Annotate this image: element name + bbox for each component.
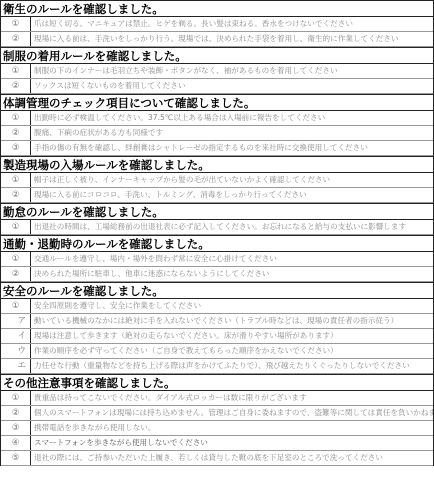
rule-text: 動いている機械のなかには絶対に手を入れないでください（トラブル時などは、現場の責… [31, 314, 433, 328]
rule-row: ②個人のスマートフォンは現場には持ち込めません。管理はご自身に委ねますので、盗難… [1, 406, 433, 421]
section-header: 通勤・退勤時のルールを確認しました。 [1, 235, 433, 252]
section-header: 制服の着用ルールを確認しました。 [1, 47, 433, 64]
rule-row: ①爪は短く切る。マニキュアは禁止。ヒゲを剃る。長い髪は束ねる。香水をつけないでく… [1, 17, 433, 32]
item-number: ① [1, 391, 31, 405]
rule-row: ②決められた場所に駐車し、他車に迷惑にならないようにしてください [1, 267, 433, 282]
rule-text: ソックスは短くないものを着用してください [31, 79, 433, 93]
section-header: 衛生のルールを確認しました。 [1, 0, 433, 17]
rule-text: 作業の順序を必ず守ってください（ご自身で教えてもらった順序をかえないでください） [31, 344, 433, 358]
rule-text: 現場は注意して歩きます（絶対の走らないでください。床が滑りやすい場所があります） [31, 329, 433, 343]
item-number: ① [1, 220, 31, 234]
rule-text: 現場に入る前にコロコロ、手洗い、トルミング、消毒をしっかり行ってください [31, 188, 433, 202]
rule-row: ①出退社の時間は、工場総務前の出退社表に必ず記入してください。お忘れになると給与… [1, 220, 433, 235]
item-number: イ [1, 329, 31, 343]
item-number: ア [1, 314, 31, 328]
rule-row: エ力任せな行動（重量物などを持ち上げる際は声をかけてふたりで）、飛び越えたりくぐ… [1, 359, 433, 374]
rule-text: 個人のスマートフォンは現場には持ち込めません。管理はご自身に委ねますので、盗難等… [31, 406, 433, 420]
item-number: ① [1, 299, 31, 313]
rule-row: イ現場は注意して歩きます（絶対の走らないでください。床が滑りやすい場所があります… [1, 329, 433, 344]
item-number: ② [1, 79, 31, 93]
rule-text: 交通ルールを遵守し、場内・場外を問わず常に安全に心掛けてください [31, 252, 433, 266]
rule-row: ①制服の下のインナーは毛羽立ちや装飾・ボタンがなく、袖があるものを着用してくださ… [1, 64, 433, 79]
item-number: ② [1, 32, 31, 46]
item-number: ① [1, 64, 31, 78]
rule-text: 出勤時に必ず検温してください。37.5℃以上ある場合は入場前に報告をしてください [31, 111, 433, 125]
item-number: ② [1, 267, 31, 281]
rule-text: 安全四原則を遵守し、安全に作業をしてください [31, 299, 433, 313]
rule-row: ①出勤時に必ず検温してください。37.5℃以上ある場合は入場前に報告をしてくださ… [1, 111, 433, 126]
rule-text: 力任せな行動（重量物などを持ち上げる際は声をかけてふたりで）、飛び越えたりくぐっ… [31, 359, 433, 373]
item-number: ② [1, 188, 31, 202]
rule-row: ア動いている機械のなかには絶対に手を入れないでください（トラブル時などは、現場の… [1, 314, 433, 329]
rule-text: 決められた場所に駐車し、他車に迷惑にならないようにしてください [31, 267, 433, 281]
item-number: ③ [1, 141, 31, 155]
rule-text: 退社の際には、ご持参いただいた上履き、若しくは貸与した靴の底を下足室のところで洗… [31, 451, 433, 465]
rule-text: 手指の傷の有無を確認し、絆創膏はシャトレーゼの指定するものを来社時に交換使用して… [31, 141, 433, 155]
rule-row: ④スマートフォンを歩きながら使用しないでください [1, 436, 433, 451]
item-number: ウ [1, 344, 31, 358]
rule-text: 帽子は正しく被り、インナーキャップから髪の毛が出ていないかよく確認してください [31, 173, 433, 187]
rule-row: ①貴重品は持ってこないでください。ダイアル式ロッカーは数に限りがございます [1, 391, 433, 406]
rule-row: ③手指の傷の有無を確認し、絆創膏はシャトレーゼの指定するものを来社時に交換使用し… [1, 141, 433, 156]
rule-row: ③携帯電話を歩きながら使用しない。 [1, 421, 433, 436]
rule-row: ②ソックスは短くないものを着用してください [1, 79, 433, 94]
item-number: ① [1, 173, 31, 187]
item-number: ③ [1, 421, 31, 435]
rule-text: 現場に入る前は、手洗いをしっかり行う。現場では、決められた手袋を着用し、衛生的に… [31, 32, 433, 46]
rule-row: ⑤退社の際には、ご持参いただいた上履き、若しくは貸与した靴の底を下足室のところで… [1, 451, 433, 466]
rule-text: スマートフォンを歩きながら使用しないでください [31, 436, 433, 450]
rule-text: 携帯電話を歩きながら使用しない。 [31, 421, 433, 435]
confirmation-sheet: 衛生のルールを確認しました。①爪は短く切る。マニキュアは禁止。ヒゲを剃る。長い髪… [0, 0, 434, 466]
rule-text: 制服の下のインナーは毛羽立ちや装飾・ボタンがなく、袖があるものを着用してください [31, 64, 433, 78]
item-number: ① [1, 252, 31, 266]
section-header: 安全のルールを確認しました。 [1, 282, 433, 299]
section-header: 製造現場の入場ルールを確認しました。 [1, 156, 433, 173]
item-number: ④ [1, 436, 31, 450]
rule-text: 腹痛、下痢の症状がある方も同様です [31, 126, 433, 140]
rule-row: ウ作業の順序を必ず守ってください（ご自身で教えてもらった順序をかえないでください… [1, 344, 433, 359]
item-number: ⑤ [1, 451, 31, 465]
item-number: ② [1, 126, 31, 140]
item-number: エ [1, 359, 31, 373]
rule-text: 貴重品は持ってこないでください。ダイアル式ロッカーは数に限りがございます [31, 391, 433, 405]
item-number: ② [1, 406, 31, 420]
section-header: その他注意事項を確認しました。 [1, 374, 433, 391]
rule-row: ①交通ルールを遵守し、場内・場外を問わず常に安全に心掛けてください [1, 252, 433, 267]
rule-row: ②腹痛、下痢の症状がある方も同様です [1, 126, 433, 141]
section-header: 勤怠のルールを確認しました。 [1, 203, 433, 220]
rule-row: ②現場に入る前は、手洗いをしっかり行う。現場では、決められた手袋を着用し、衛生的… [1, 32, 433, 47]
rule-row: ①帽子は正しく被り、インナーキャップから髪の毛が出ていないかよく確認してください [1, 173, 433, 188]
rule-text: 爪は短く切る。マニキュアは禁止。ヒゲを剃る。長い髪は束ねる。香水をつけないでくだ… [31, 17, 433, 31]
section-header: 体調管理のチェック項目について確認しました。 [1, 94, 433, 111]
rule-text: 出退社の時間は、工場総務前の出退社表に必ず記入してください。お忘れになると給与の… [31, 220, 433, 234]
rule-row: ①安全四原則を遵守し、安全に作業をしてください [1, 299, 433, 314]
rule-row: ②現場に入る前にコロコロ、手洗い、トルミング、消毒をしっかり行ってください [1, 188, 433, 203]
item-number: ① [1, 17, 31, 31]
item-number: ① [1, 111, 31, 125]
